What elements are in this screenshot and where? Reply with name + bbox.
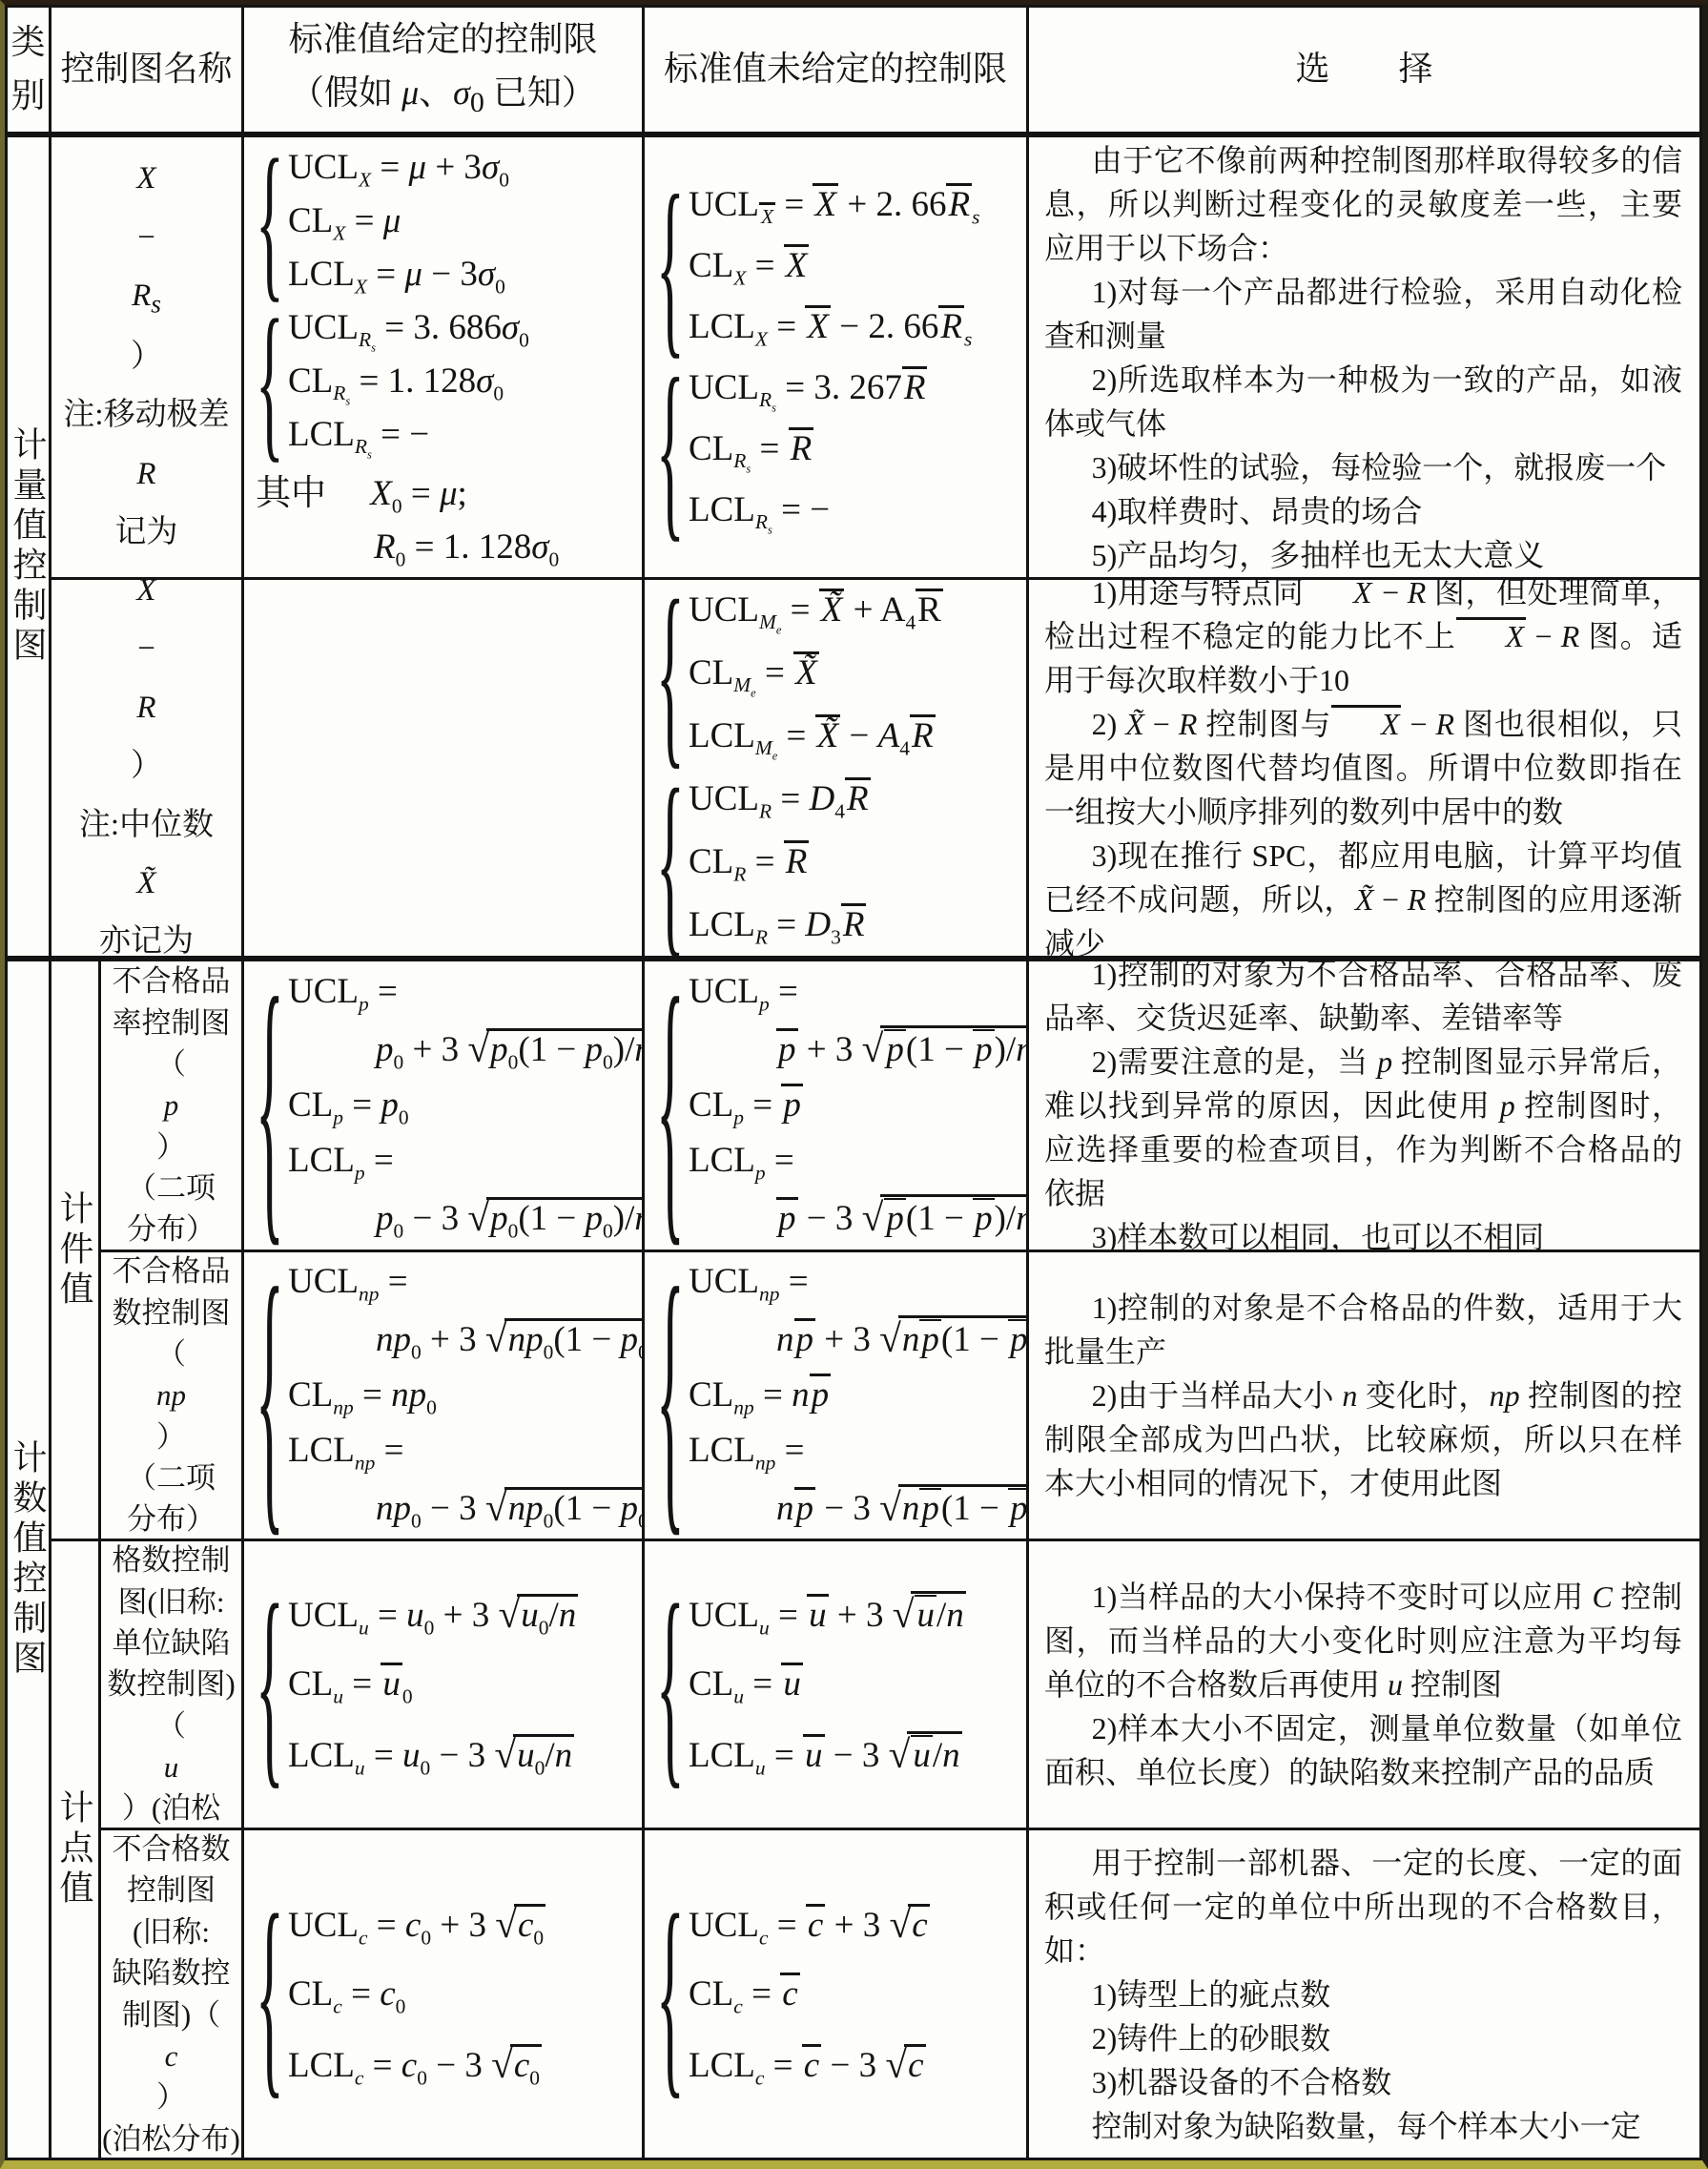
paragraph: 1)当样品的大小保持不变时可以应用 C 控制图，而当样品的大小变化时则应注意为平… bbox=[1044, 1575, 1682, 1706]
formula-line: LCLp = bbox=[689, 1133, 1029, 1188]
notgiven-u: {UCLu = u + 3 √u/nCLu = uLCLu = u − 3 √u… bbox=[645, 1541, 1029, 1830]
formula-line: LCLnp = bbox=[288, 1423, 645, 1478]
select-c: 用于控制一部机器、一定的长度、一定的面积或任何一定的单位中所出现的不合格数目，如… bbox=[1029, 1830, 1699, 2158]
name-median-r: 中位数 − 极差控制图（X̃ − R）注:中位数X̃ 亦记为 Me（正态分布） bbox=[51, 580, 244, 961]
paragraph: 4)取样费时、昂贵的场合 bbox=[1044, 489, 1682, 533]
header-given-limits-label: 标准值给定的控制限（假如 μ、σ0 已知） bbox=[288, 13, 597, 125]
formula-group: {UCLnp =np + 3 √np(1 − p)CLnp = npLCLnp … bbox=[656, 1254, 1024, 1537]
formula-line: UCLX = X + 2. 66Rs bbox=[689, 175, 979, 236]
formula-lines: UCLu = u + 3 √u/nCLu = uLCLu = u − 3 √u/… bbox=[689, 1579, 966, 1790]
paragraph: 由于它不像前两种控制图那样取得较多的信息，所以判断过程变化的灵敏度差一些，主要应… bbox=[1044, 138, 1682, 270]
formula-line: UCLp = bbox=[288, 964, 645, 1020]
formula-line: CLRs = R bbox=[689, 419, 927, 480]
header-notgiven-limits-label: 标准值未给定的控制限 bbox=[664, 43, 1007, 96]
left-brace: { bbox=[256, 1573, 276, 1797]
formula-lines: UCLc = c0 + 3 √c0CLc = c0LCLc = c0 − 3 √… bbox=[288, 1889, 545, 2100]
formula-line: UCLnp = bbox=[288, 1254, 645, 1310]
formula-line: CLnp = np bbox=[689, 1368, 1029, 1423]
notgiven-c: {UCLc = c + 3 √cCLc = cLCLc = c − 3 √c bbox=[645, 1830, 1029, 2158]
header-select-label: 选 择 bbox=[1295, 43, 1432, 96]
formula-line: CLc = c bbox=[689, 1960, 930, 2029]
select-p: 1)控制的对象为不合格品率、合格品率、废品率、交货迟延率、缺勤率、差错率等2)需… bbox=[1029, 961, 1699, 1252]
formula-lines: UCLp =p0 + 3 √p0(1 − p0)/nCLp = p0LCLp =… bbox=[288, 964, 645, 1247]
left-brace: { bbox=[656, 759, 676, 961]
formula-lines: UCLR = D4RCLR = RLCLR = D3R bbox=[689, 768, 871, 957]
formula-line: p0 + 3 √p0(1 − p0)/n bbox=[288, 1020, 645, 1078]
formula-line: UCLRs = 3. 686σ0 bbox=[288, 301, 529, 355]
formula-line: LCLc = c − 3 √c bbox=[689, 2029, 930, 2100]
select-x-rs: 由于它不像前两种控制图那样取得较多的信息，所以判断过程变化的灵敏度差一些，主要应… bbox=[1029, 137, 1699, 580]
formula-group: {UCLMe = X̃ + A4RCLMe = X̃LCLMe = X̃ − A… bbox=[656, 580, 1024, 768]
formula-lines: UCLX = X + 2. 66RsCLX = XLCLX = X − 2. 6… bbox=[689, 175, 979, 358]
name-x-rs: 单值-移动极差控制图（X − Rs）注:移动极差R 记为 Rs（正态分布） bbox=[51, 137, 244, 580]
formula-line: UCLp = bbox=[689, 964, 1029, 1020]
paragraph: 2)铸件上的砂眼数 bbox=[1044, 2016, 1682, 2060]
formula-line: CLc = c0 bbox=[288, 1960, 545, 2029]
header-notgiven-limits: 标准值未给定的控制限 bbox=[645, 8, 1029, 137]
left-brace: { bbox=[256, 1252, 276, 1541]
formula-line: p0 − 3 √p0(1 − p0)/n bbox=[288, 1188, 645, 1247]
formula-group: {UCLu = u + 3 √u/nCLu = uLCLu = u − 3 √u… bbox=[656, 1579, 1024, 1790]
category-count: 计数值控制图 bbox=[8, 961, 51, 2158]
formula-line: CLX = X bbox=[689, 236, 979, 297]
formula-group: {UCLc = c + 3 √cCLc = cLCLc = c − 3 √c bbox=[656, 1889, 1024, 2100]
paragraph: 其中 X0 = μ; bbox=[256, 467, 640, 521]
header-given-limits: 标准值给定的控制限（假如 μ、σ0 已知） bbox=[244, 8, 645, 137]
formula-line: CLp = p0 bbox=[288, 1078, 645, 1133]
formula-line: LCLnp = bbox=[689, 1423, 1029, 1478]
given-x-rs: {UCLX = μ + 3σ0CLX = μLCLX = μ − 3σ0{UCL… bbox=[244, 137, 645, 580]
given-u: {UCLu = u0 + 3 √u0/nCLu = u0LCLu = u0 − … bbox=[244, 1541, 645, 1830]
left-brace: { bbox=[256, 137, 276, 308]
formula-group: {UCLp =p0 + 3 √p0(1 − p0)/nCLp = p0LCLp … bbox=[256, 964, 640, 1247]
given-np: {UCLnp =np0 + 3 √np0(1 − p0)CLnp = np0LC… bbox=[244, 1252, 645, 1541]
formula-line: UCLu = u0 + 3 √u0/n bbox=[288, 1579, 578, 1650]
formula-group: {UCLRs = 3. 267RCLRs = RLCLRs = − bbox=[656, 358, 1024, 541]
paragraph: R0 = 1. 128σ0 bbox=[256, 521, 640, 574]
formula-lines: UCLc = c + 3 √cCLc = cLCLc = c − 3 √c bbox=[689, 1889, 930, 2100]
formula-line: CLMe = X̃ bbox=[689, 642, 943, 705]
formula-line: LCLMe = X̃ − A4R bbox=[689, 705, 943, 768]
formula-line: UCLMe = X̃ + A4R bbox=[689, 580, 943, 642]
formula-line: LCLu = u0 − 3 √u0/n bbox=[288, 1719, 578, 1790]
left-brace: { bbox=[256, 961, 276, 1252]
formula-lines: UCLRs = 3. 267RCLRs = RLCLRs = − bbox=[689, 358, 927, 541]
formula-group: {UCLX = X + 2. 66RsCLX = XLCLX = X − 2. … bbox=[656, 175, 1024, 358]
paragraph: 用于控制一部机器、一定的长度、一定的面积或任何一定的单位中所出现的不合格数目，如… bbox=[1044, 1841, 1682, 1973]
formula-line: UCLc = c + 3 √c bbox=[689, 1889, 930, 1960]
left-brace: { bbox=[656, 1882, 676, 2106]
paragraph: 3)破坏性的试验，每检验一个，就报废一个 bbox=[1044, 445, 1682, 489]
formula-lines: UCLp =p + 3 √p(1 − p)/nCLp = pLCLp =p − … bbox=[689, 964, 1029, 1247]
formula-line: UCLc = c0 + 3 √c0 bbox=[288, 1889, 545, 1960]
formula-lines: UCLnp =np0 + 3 √np0(1 − p0)CLnp = np0LCL… bbox=[288, 1254, 645, 1537]
subcategory-point-label: 计点值 bbox=[51, 1789, 99, 1910]
formula-line: CLp = p bbox=[689, 1078, 1029, 1133]
formula-line: UCLnp = bbox=[689, 1254, 1029, 1310]
paragraph: 5)产品均匀，多抽样也无太大意义 bbox=[1044, 533, 1682, 577]
formula-line: UCLR = D4R bbox=[689, 768, 871, 831]
notgiven-p: {UCLp =p + 3 √p(1 − p)/nCLp = pLCLp =p −… bbox=[645, 961, 1029, 1252]
header-chart-name: 控制图名称 bbox=[51, 8, 244, 137]
formula-group: {UCLRs = 3. 686σ0CLRs = 1. 128σ0LCLRs = … bbox=[256, 301, 640, 462]
formula-line: LCLRs = − bbox=[288, 408, 529, 462]
paragraph: 1)控制的对象为不合格品率、合格品率、废品率、交货迟延率、缺勤率、差错率等 bbox=[1044, 961, 1682, 1040]
left-brace: { bbox=[656, 1573, 676, 1797]
formula-line: CLu = u0 bbox=[288, 1650, 578, 1719]
left-brace: { bbox=[656, 961, 676, 1252]
notgiven-x-rs: {UCLX = X + 2. 66RsCLX = XLCLX = X − 2. … bbox=[645, 137, 1029, 580]
header-category: 类别 bbox=[8, 8, 51, 137]
formula-line: CLRs = 1. 128σ0 bbox=[288, 355, 529, 408]
formula-group: {UCLp =p + 3 √p(1 − p)/nCLp = pLCLp =p −… bbox=[656, 964, 1024, 1247]
formula-line: np0 + 3 √np0(1 − p0) bbox=[288, 1310, 645, 1368]
select-np: 1)控制的对象是不合格品的件数，适用于大批量生产2)由于当样品大小 n 变化时，… bbox=[1029, 1252, 1699, 1541]
formula-line: CLnp = np0 bbox=[288, 1368, 645, 1423]
category-measurement: 计量值控制图 bbox=[8, 137, 51, 961]
paragraph: 1)用途与特点同X − R 图，但处理简单，检出过程不稳定的能力比不上X − R… bbox=[1044, 580, 1682, 702]
formula-group: {UCLR = D4RCLR = RLCLR = D3R bbox=[656, 768, 1024, 957]
formula-line: p + 3 √p(1 − p)/n bbox=[689, 1020, 1029, 1078]
page-frame: 类别 控制图名称 标准值给定的控制限（假如 μ、σ0 已知） 标准值未给定的控制… bbox=[0, 0, 1708, 2169]
given-p: {UCLp =p0 + 3 √p0(1 − p0)/nCLp = p0LCLp … bbox=[244, 961, 645, 1252]
paragraph: 3)现在推行 SPC，都应用电脑，计算平均值已经不成问题，所以，X̃ − R 控… bbox=[1044, 834, 1682, 961]
formula-line: LCLp = bbox=[288, 1133, 645, 1188]
formula-line: UCLu = u + 3 √u/n bbox=[689, 1579, 966, 1650]
left-brace: { bbox=[656, 349, 676, 548]
formula-line: LCLu = u − 3 √u/n bbox=[689, 1719, 966, 1790]
given-median-r bbox=[244, 580, 645, 961]
header-chart-name-label: 控制图名称 bbox=[60, 43, 232, 96]
left-brace: { bbox=[256, 294, 276, 468]
paragraph: 控制对象为缺陷数量，每个样本大小一定 bbox=[1044, 2104, 1682, 2148]
notgiven-median-r: {UCLMe = X̃ + A4RCLMe = X̃LCLMe = X̃ − A… bbox=[645, 580, 1029, 961]
subcategory-piece-label: 计件值 bbox=[51, 1190, 99, 1311]
paragraph: 1)控制的对象是不合格品的件数，适用于大批量生产 bbox=[1044, 1286, 1682, 1374]
formula-line: np + 3 √np(1 − p) bbox=[689, 1310, 1029, 1368]
subcategory-point: 计点值 bbox=[51, 1541, 101, 2158]
given-x-rs-extra: 其中 X0 = μ;R0 = 1. 128σ0 bbox=[256, 467, 640, 574]
paragraph: 1)对每一个产品都进行检验，采用自动化检查和测量 bbox=[1044, 270, 1682, 358]
category-count-label: 计数值控制图 bbox=[8, 1439, 51, 1680]
formula-line: np0 − 3 √np0(1 − p0) bbox=[288, 1478, 645, 1537]
left-brace: { bbox=[656, 166, 676, 365]
paragraph: 2)由于当样品大小 n 变化时，np 控制图的控制限全部成为凹凸状，比较麻烦，所… bbox=[1044, 1374, 1682, 1505]
notgiven-np: {UCLnp =np + 3 √np(1 − p)CLnp = npLCLnp … bbox=[645, 1252, 1029, 1541]
formula-lines: UCLX = μ + 3σ0CLX = μLCLX = μ − 3σ0 bbox=[288, 141, 509, 301]
paragraph: 3)样本数可以相同，也可以不相同 bbox=[1044, 1215, 1682, 1252]
paragraph: 2)样本大小不固定，测量单位数量（如单位面积、单位长度）的缺陷数来控制产品的品质 bbox=[1044, 1706, 1682, 1794]
formula-lines: UCLMe = X̃ + A4RCLMe = X̃LCLMe = X̃ − A4… bbox=[689, 580, 943, 768]
formula-lines: UCLRs = 3. 686σ0CLRs = 1. 128σ0LCLRs = − bbox=[288, 301, 529, 462]
formula-group: {UCLnp =np0 + 3 √np0(1 − p0)CLnp = np0LC… bbox=[256, 1254, 640, 1537]
given-x-rs-groups: {UCLX = μ + 3σ0CLX = μLCLX = μ − 3σ0{UCL… bbox=[256, 141, 640, 462]
name-np: 不合格品数控制图（np）（二项分布） bbox=[101, 1252, 244, 1541]
paragraph: 2)需要注意的是，当 p 控制图显示异常后，难以找到异常的原因，因此使用 p 控… bbox=[1044, 1040, 1682, 1215]
formula-line: CLu = u bbox=[689, 1650, 966, 1719]
formula-group: {UCLu = u0 + 3 √u0/nCLu = u0LCLu = u0 − … bbox=[256, 1579, 640, 1790]
paragraph: 2)所选取样本为一种极为一致的产品，如液体或气体 bbox=[1044, 358, 1682, 445]
control-chart-table: 类别 控制图名称 标准值给定的控制限（假如 μ、σ0 已知） 标准值未给定的控制… bbox=[5, 5, 1702, 2160]
formula-line: CLX = μ bbox=[288, 195, 509, 248]
paragraph: 1)铸型上的疵点数 bbox=[1044, 1973, 1682, 2016]
select-u: 1)当样品的大小保持不变时可以应用 C 控制图，而当样品的大小变化时则应注意为平… bbox=[1029, 1541, 1699, 1830]
name-p: 不合格品率控制图（p）（二项分布） bbox=[101, 961, 244, 1252]
name-u: 单位不合格数控制图(旧称:单位缺陷数控制图)（u）(泊松分布) bbox=[101, 1541, 244, 1830]
formula-line: UCLRs = 3. 267R bbox=[689, 358, 927, 419]
formula-lines: UCLu = u0 + 3 √u0/nCLu = u0LCLu = u0 − 3… bbox=[288, 1579, 578, 1790]
left-brace: { bbox=[256, 1882, 276, 2106]
select-median-r: 1)用途与特点同X − R 图，但处理简单，检出过程不稳定的能力比不上X − R… bbox=[1029, 580, 1699, 961]
formula-line: LCLR = D3R bbox=[689, 894, 871, 957]
given-c: {UCLc = c0 + 3 √c0CLc = c0LCLc = c0 − 3 … bbox=[244, 1830, 645, 2158]
subcategory-piece: 计件值 bbox=[51, 961, 101, 1541]
header-select: 选 择 bbox=[1029, 8, 1699, 137]
left-brace: { bbox=[656, 1252, 676, 1541]
header-category-label: 类别 bbox=[10, 16, 45, 123]
formula-group: {UCLX = μ + 3σ0CLX = μLCLX = μ − 3σ0 bbox=[256, 141, 640, 301]
formula-line: CLR = R bbox=[689, 831, 871, 894]
formula-line: p − 3 √p(1 − p)/n bbox=[689, 1188, 1029, 1247]
formula-group: {UCLc = c0 + 3 √c0CLc = c0LCLc = c0 − 3 … bbox=[256, 1889, 640, 2100]
formula-line: LCLc = c0 − 3 √c0 bbox=[288, 2029, 545, 2100]
formula-line: LCLX = X − 2. 66Rs bbox=[689, 297, 979, 358]
name-c: 不合格数控制图(旧称:缺陷数控制图)（c）(泊松分布) bbox=[101, 1830, 244, 2158]
category-measurement-label: 计量值控制图 bbox=[8, 426, 51, 667]
formula-line: UCLX = μ + 3σ0 bbox=[288, 141, 509, 195]
formula-line: LCLRs = − bbox=[689, 480, 927, 541]
paragraph: 2) X̃ − R 控制图与X − R 图也很相似，只是用中位数图代替均值图。所… bbox=[1044, 702, 1682, 834]
formula-line: np − 3 √np(1 − p) bbox=[689, 1478, 1029, 1537]
formula-lines: UCLnp =np + 3 √np(1 − p)CLnp = npLCLnp =… bbox=[689, 1254, 1029, 1537]
paragraph: 3)机器设备的不合格数 bbox=[1044, 2060, 1682, 2104]
formula-line: LCLX = μ − 3σ0 bbox=[288, 248, 509, 301]
